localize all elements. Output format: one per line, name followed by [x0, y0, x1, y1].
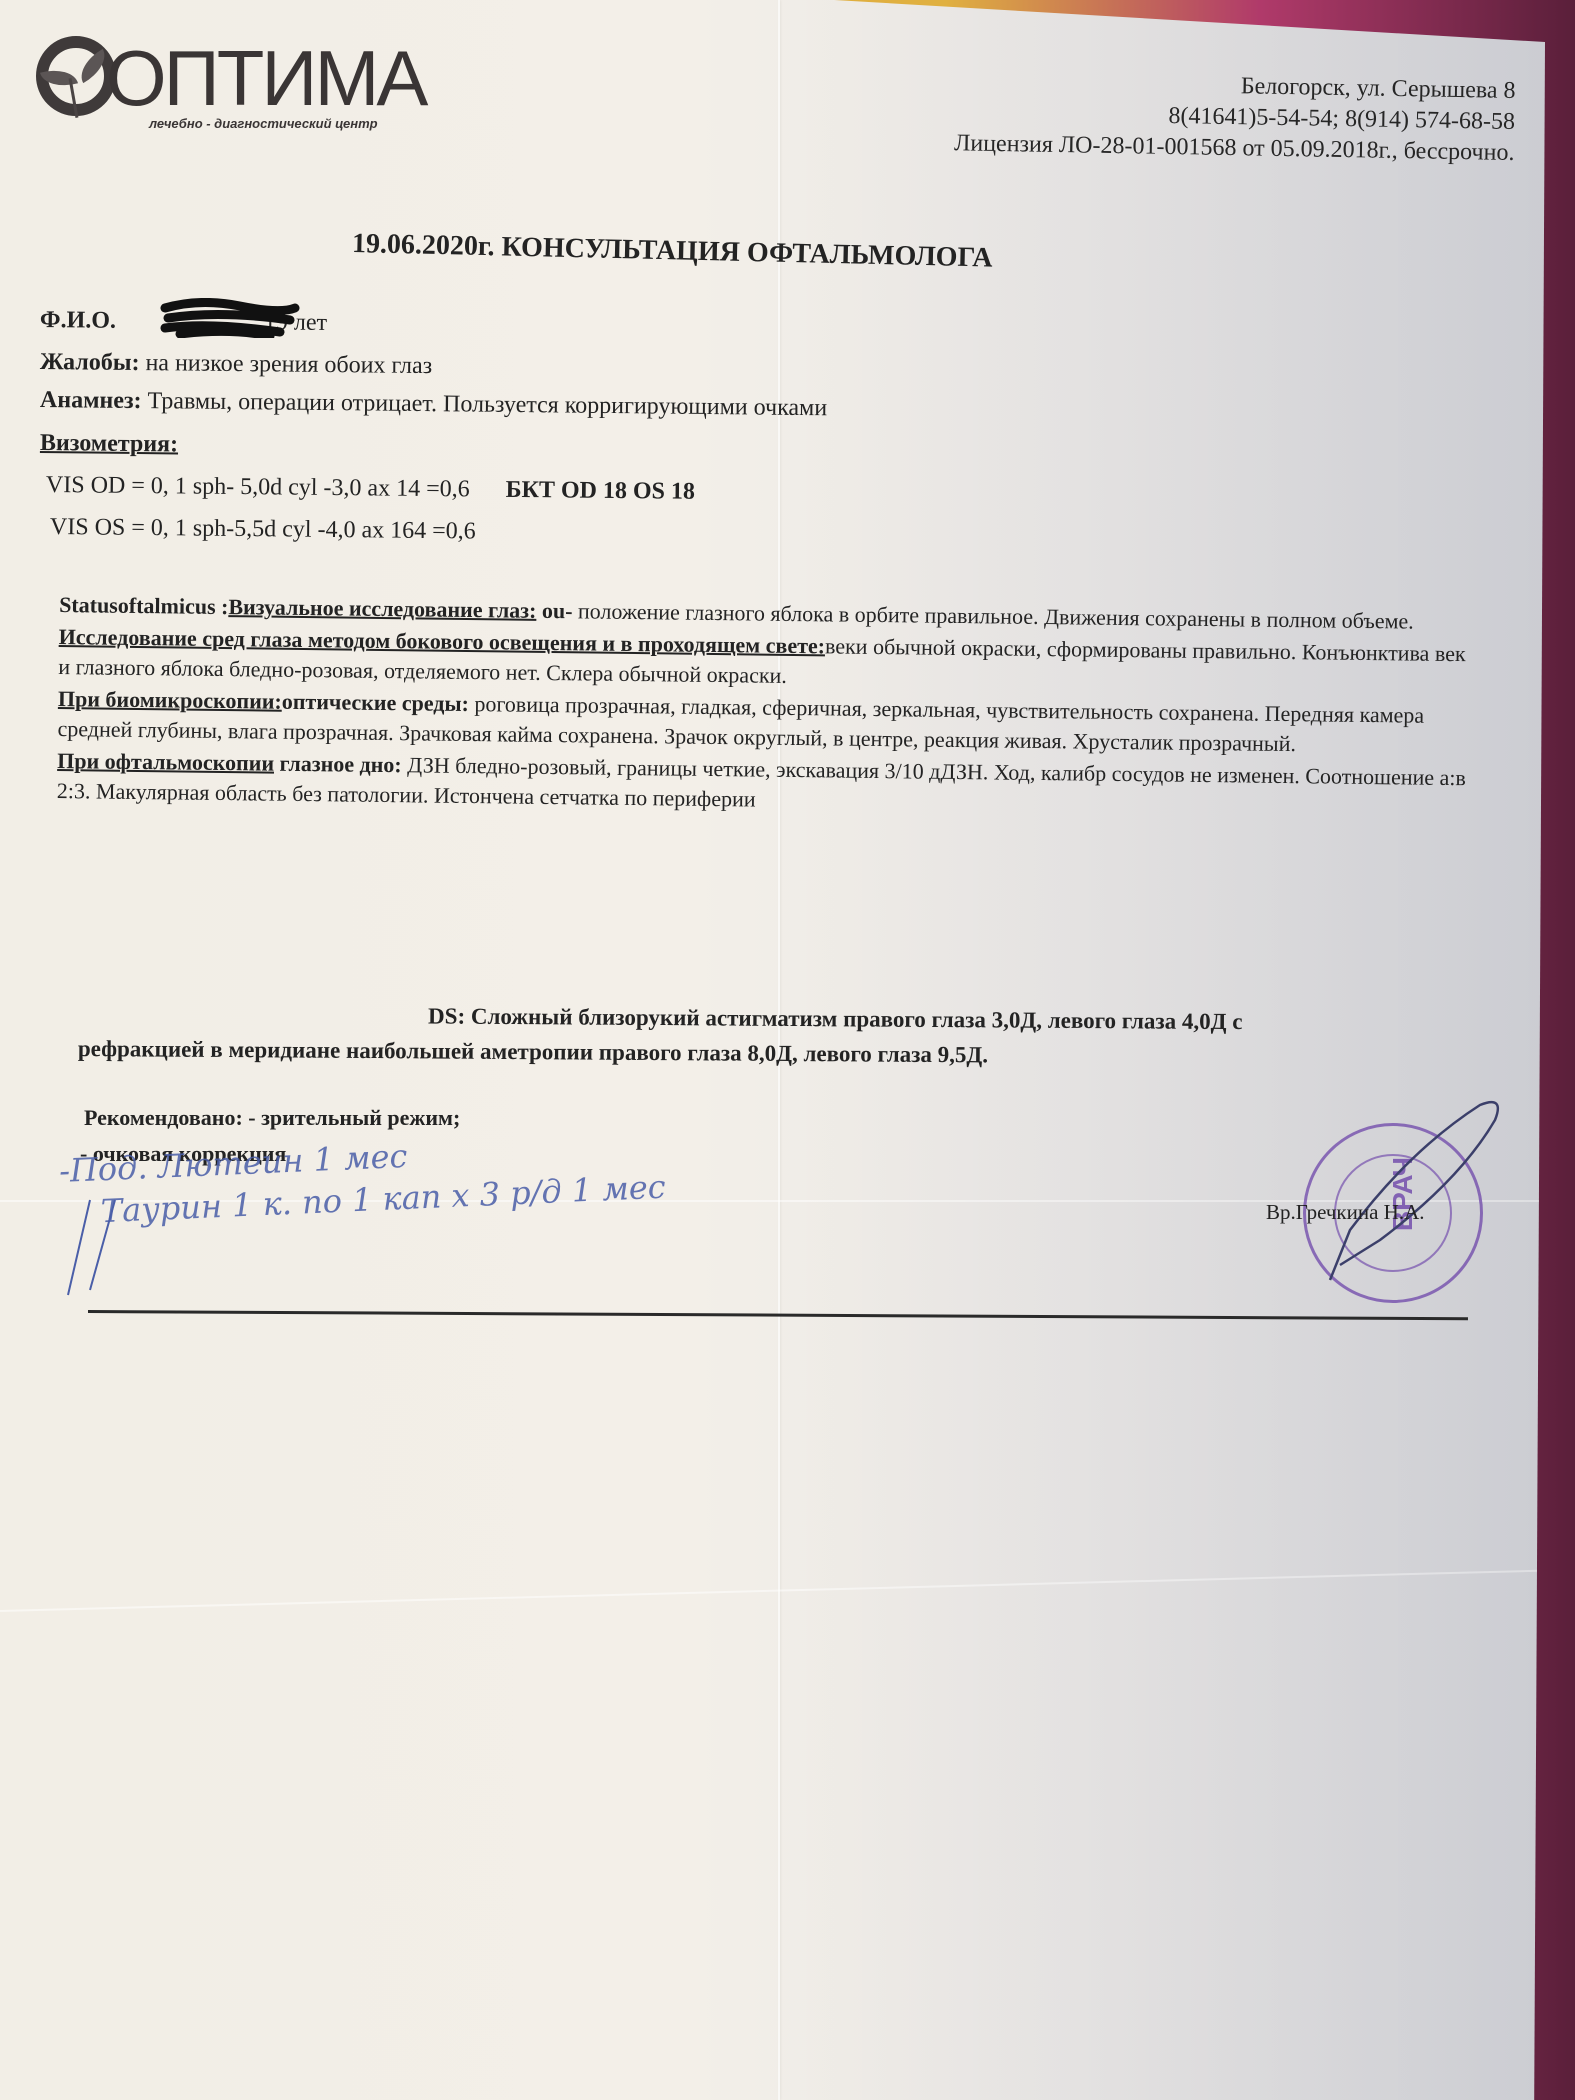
redaction-scribble [160, 298, 300, 338]
complaints-line: Жалобы: на низкое зрения обоих глаз [40, 347, 433, 381]
vis-od-line: VIS OD = 0, 1 sph- 5,0d cyl -3,0 ax 14 =… [46, 470, 695, 507]
logo-tagline: лечебно - диагностический центр [149, 116, 378, 131]
ophthalmic-status: Statusoftalmicus :Визуальное исследовани… [57, 590, 1480, 825]
visometry-label: Визометрия: [40, 430, 178, 457]
recommendation-line-1: Рекомендовано: - зрительный режим; [84, 1100, 460, 1136]
clinic-logo: ОПТИМА лечебно - диагностический центр [32, 30, 432, 130]
visometry-heading: Визометрия: [40, 428, 178, 459]
fio-label: Ф.И.О. [40, 307, 116, 334]
anamnesis-line: Анамнез: Травмы, операции отрицает. Поль… [40, 385, 827, 423]
diagnosis: DS: Сложный близорукий астигматизм право… [78, 996, 1438, 1075]
logo-wordmark: ОПТИМА [106, 38, 425, 118]
biomicroscopy-label: При биомикроскопии: [58, 686, 282, 714]
complaints-value: на низкое зрения обоих глаз [139, 350, 432, 379]
handwritten-strokes [60, 1180, 200, 1300]
status-label: Statusoftalmicus : [59, 592, 229, 619]
vis-od: VIS OD = 0, 1 sph- 5,0d cyl -3,0 ax 14 =… [46, 472, 470, 502]
paper-fold-horizontal [0, 1570, 1544, 1612]
vis-os-line: VIS OS = 0, 1 sph-5,5d cyl -4,0 ax 164 =… [50, 512, 476, 546]
vis-os: VIS OS = 0, 1 sph-5,5d cyl -4,0 ax 164 =… [50, 514, 476, 544]
doctor-signature [1290, 1090, 1510, 1290]
doctor-name: Вр.Гречкина Н.А. [1266, 1200, 1425, 1225]
ophthalmoscopy-sublabel: глазное дно: [274, 751, 402, 778]
document-title: 19.06.2020г. КОНСУЛЬТАЦИЯ ОФТАЛЬМОЛОГА [352, 228, 993, 275]
document-paper: ОПТИМА лечебно - диагностический центр Б… [0, 0, 1545, 2100]
complaints-label: Жалобы: [40, 349, 140, 376]
clinic-contact-info: Белогорск, ул. Серышева 8 8(41641)5-54-5… [814, 64, 1516, 169]
visual-ou: ou- [536, 598, 572, 623]
visual-exam-label: Визуальное исследование глаз: [228, 594, 536, 623]
media-exam-label: Исследование сред глаза методом бокового… [59, 624, 826, 658]
biomicroscopy-sublabel: оптические среды: [282, 689, 469, 716]
anamnesis-value: Травмы, операции отрицает. Пользуется ко… [141, 388, 827, 421]
visual-exam-text: положение глазного яблока в орбите прави… [572, 598, 1414, 633]
anamnesis-label: Анамнез: [40, 387, 142, 414]
ophthalmoscopy-label: При офтальмоскопии [57, 748, 274, 776]
bkt-value: БКТ OD 18 OS 18 [506, 477, 696, 505]
